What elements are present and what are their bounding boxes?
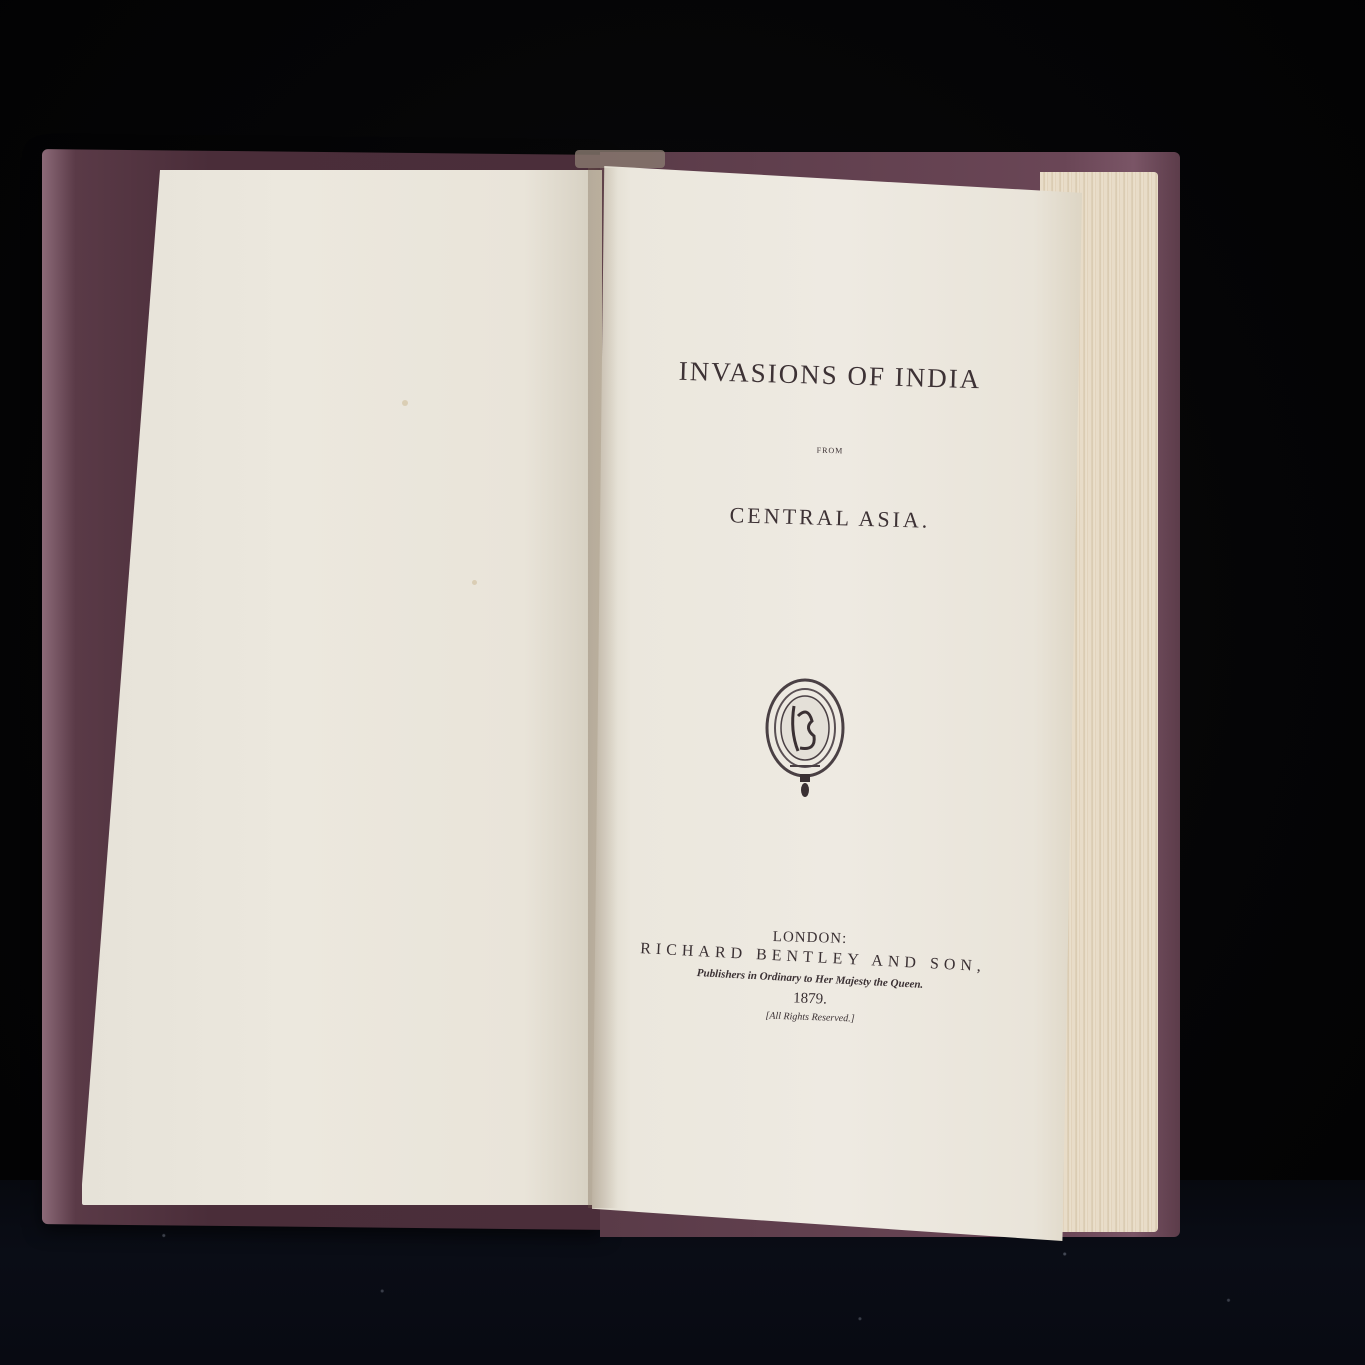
book-title: INVASIONS OF INDIA	[620, 354, 1041, 397]
gutter-shadow	[588, 168, 618, 1208]
torn-spine	[575, 150, 665, 168]
publisher-seal-icon	[764, 676, 846, 800]
foxing-spot	[402, 400, 408, 406]
title-connector: FROM	[620, 442, 1040, 458]
imprint-block: LONDON: RICHARD BENTLEY AND SON, Publish…	[640, 930, 980, 1023]
blank-left-page	[82, 170, 602, 1205]
foxing-spot	[472, 580, 477, 585]
title-block: INVASIONS OF INDIA FROM CENTRAL ASIA.	[620, 360, 1040, 531]
